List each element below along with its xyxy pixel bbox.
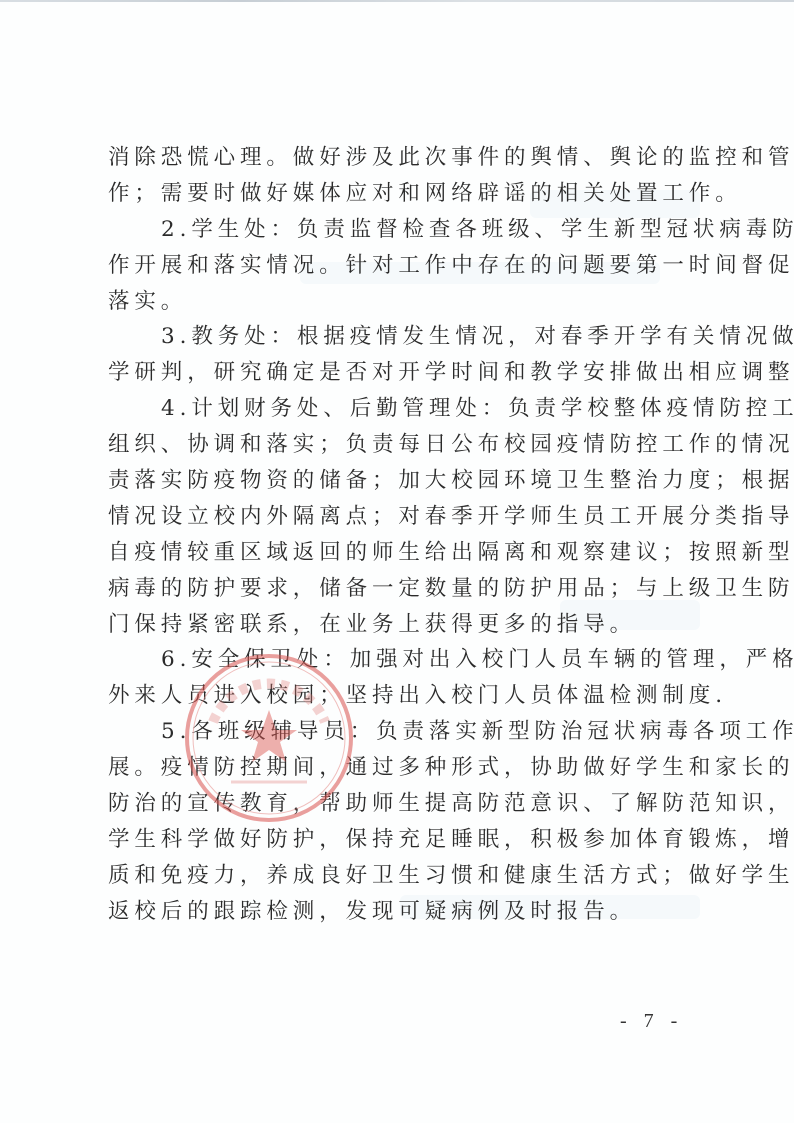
section-4-heading-line: 4.计划财务处、后勤管理处：负责学校整体疫情防控工作的: [108, 391, 708, 427]
text-line: 返校后的跟踪检测，发现可疑病例及时报告。: [108, 894, 708, 930]
text-line: 作；需要时做好媒体应对和网络辟谣的相关处置工作。: [108, 176, 708, 212]
text-line: 责落实防疫物资的储备；加大校园环境卫生整治力度；根据实际: [108, 463, 708, 499]
text-line: 情况设立校内外隔离点；对春季开学师生员工开展分类指导，对: [108, 499, 708, 535]
text-line: 外来人员进入校园；坚持出入校门人员体温检测制度.: [108, 678, 708, 714]
text-line: 门保持紧密联系，在业务上获得更多的指导。: [108, 607, 708, 643]
document-body: 消除恐慌心理。做好涉及此次事件的舆情、舆论的监控和管理工 作；需要时做好媒体应对…: [108, 140, 708, 930]
text-line: 作开展和落实情况。针对工作中存在的问题要第一时间督促整改: [108, 248, 708, 284]
text-line: 消除恐慌心理。做好涉及此次事件的舆情、舆论的监控和管理工: [108, 140, 708, 176]
text-line: 展。疫情防控期间，通过多种形式，协助做好学生和家长的疫情: [108, 750, 708, 786]
text-line: 自疫情较重区域返回的师生给出隔离和观察建议；按照新型冠状: [108, 535, 708, 571]
section-5-heading-line: 5.各班级辅导员：负责落实新型防治冠状病毒各项工作的开: [108, 714, 708, 750]
section-6-heading-line: 6.安全保卫处：加强对出入校门人员车辆的管理，严格控制: [108, 642, 708, 678]
text-line: 防治的宣传教育，帮助师生提高防范意识、了解防范知识，引导: [108, 786, 708, 822]
page-number: - 7 -: [620, 1010, 683, 1033]
text-line: 质和免疫力，养成良好卫生习惯和健康生活方式；做好学生外出: [108, 858, 708, 894]
text-line: 病毒的防护要求，储备一定数量的防护用品；与上级卫生防疫部: [108, 571, 708, 607]
section-3-heading-line: 3.教务处：根据疫情发生情况，对春季开学有关情况做出科: [108, 319, 708, 355]
text-line: 学研判，研究确定是否对开学时间和教学安排做出相应调整。: [108, 355, 708, 391]
section-2-heading-line: 2.学生处：负责监督检查各班级、学生新型冠状病毒防控工: [108, 212, 708, 248]
text-line: 学生科学做好防护，保持充足睡眠，积极参加体育锻炼，增强体: [108, 822, 708, 858]
text-line: 组织、协调和落实；负责每日公布校园疫情防控工作的情况；负: [108, 427, 708, 463]
text-line: 落实。: [108, 284, 708, 320]
scan-top-edge: [0, 0, 794, 2]
